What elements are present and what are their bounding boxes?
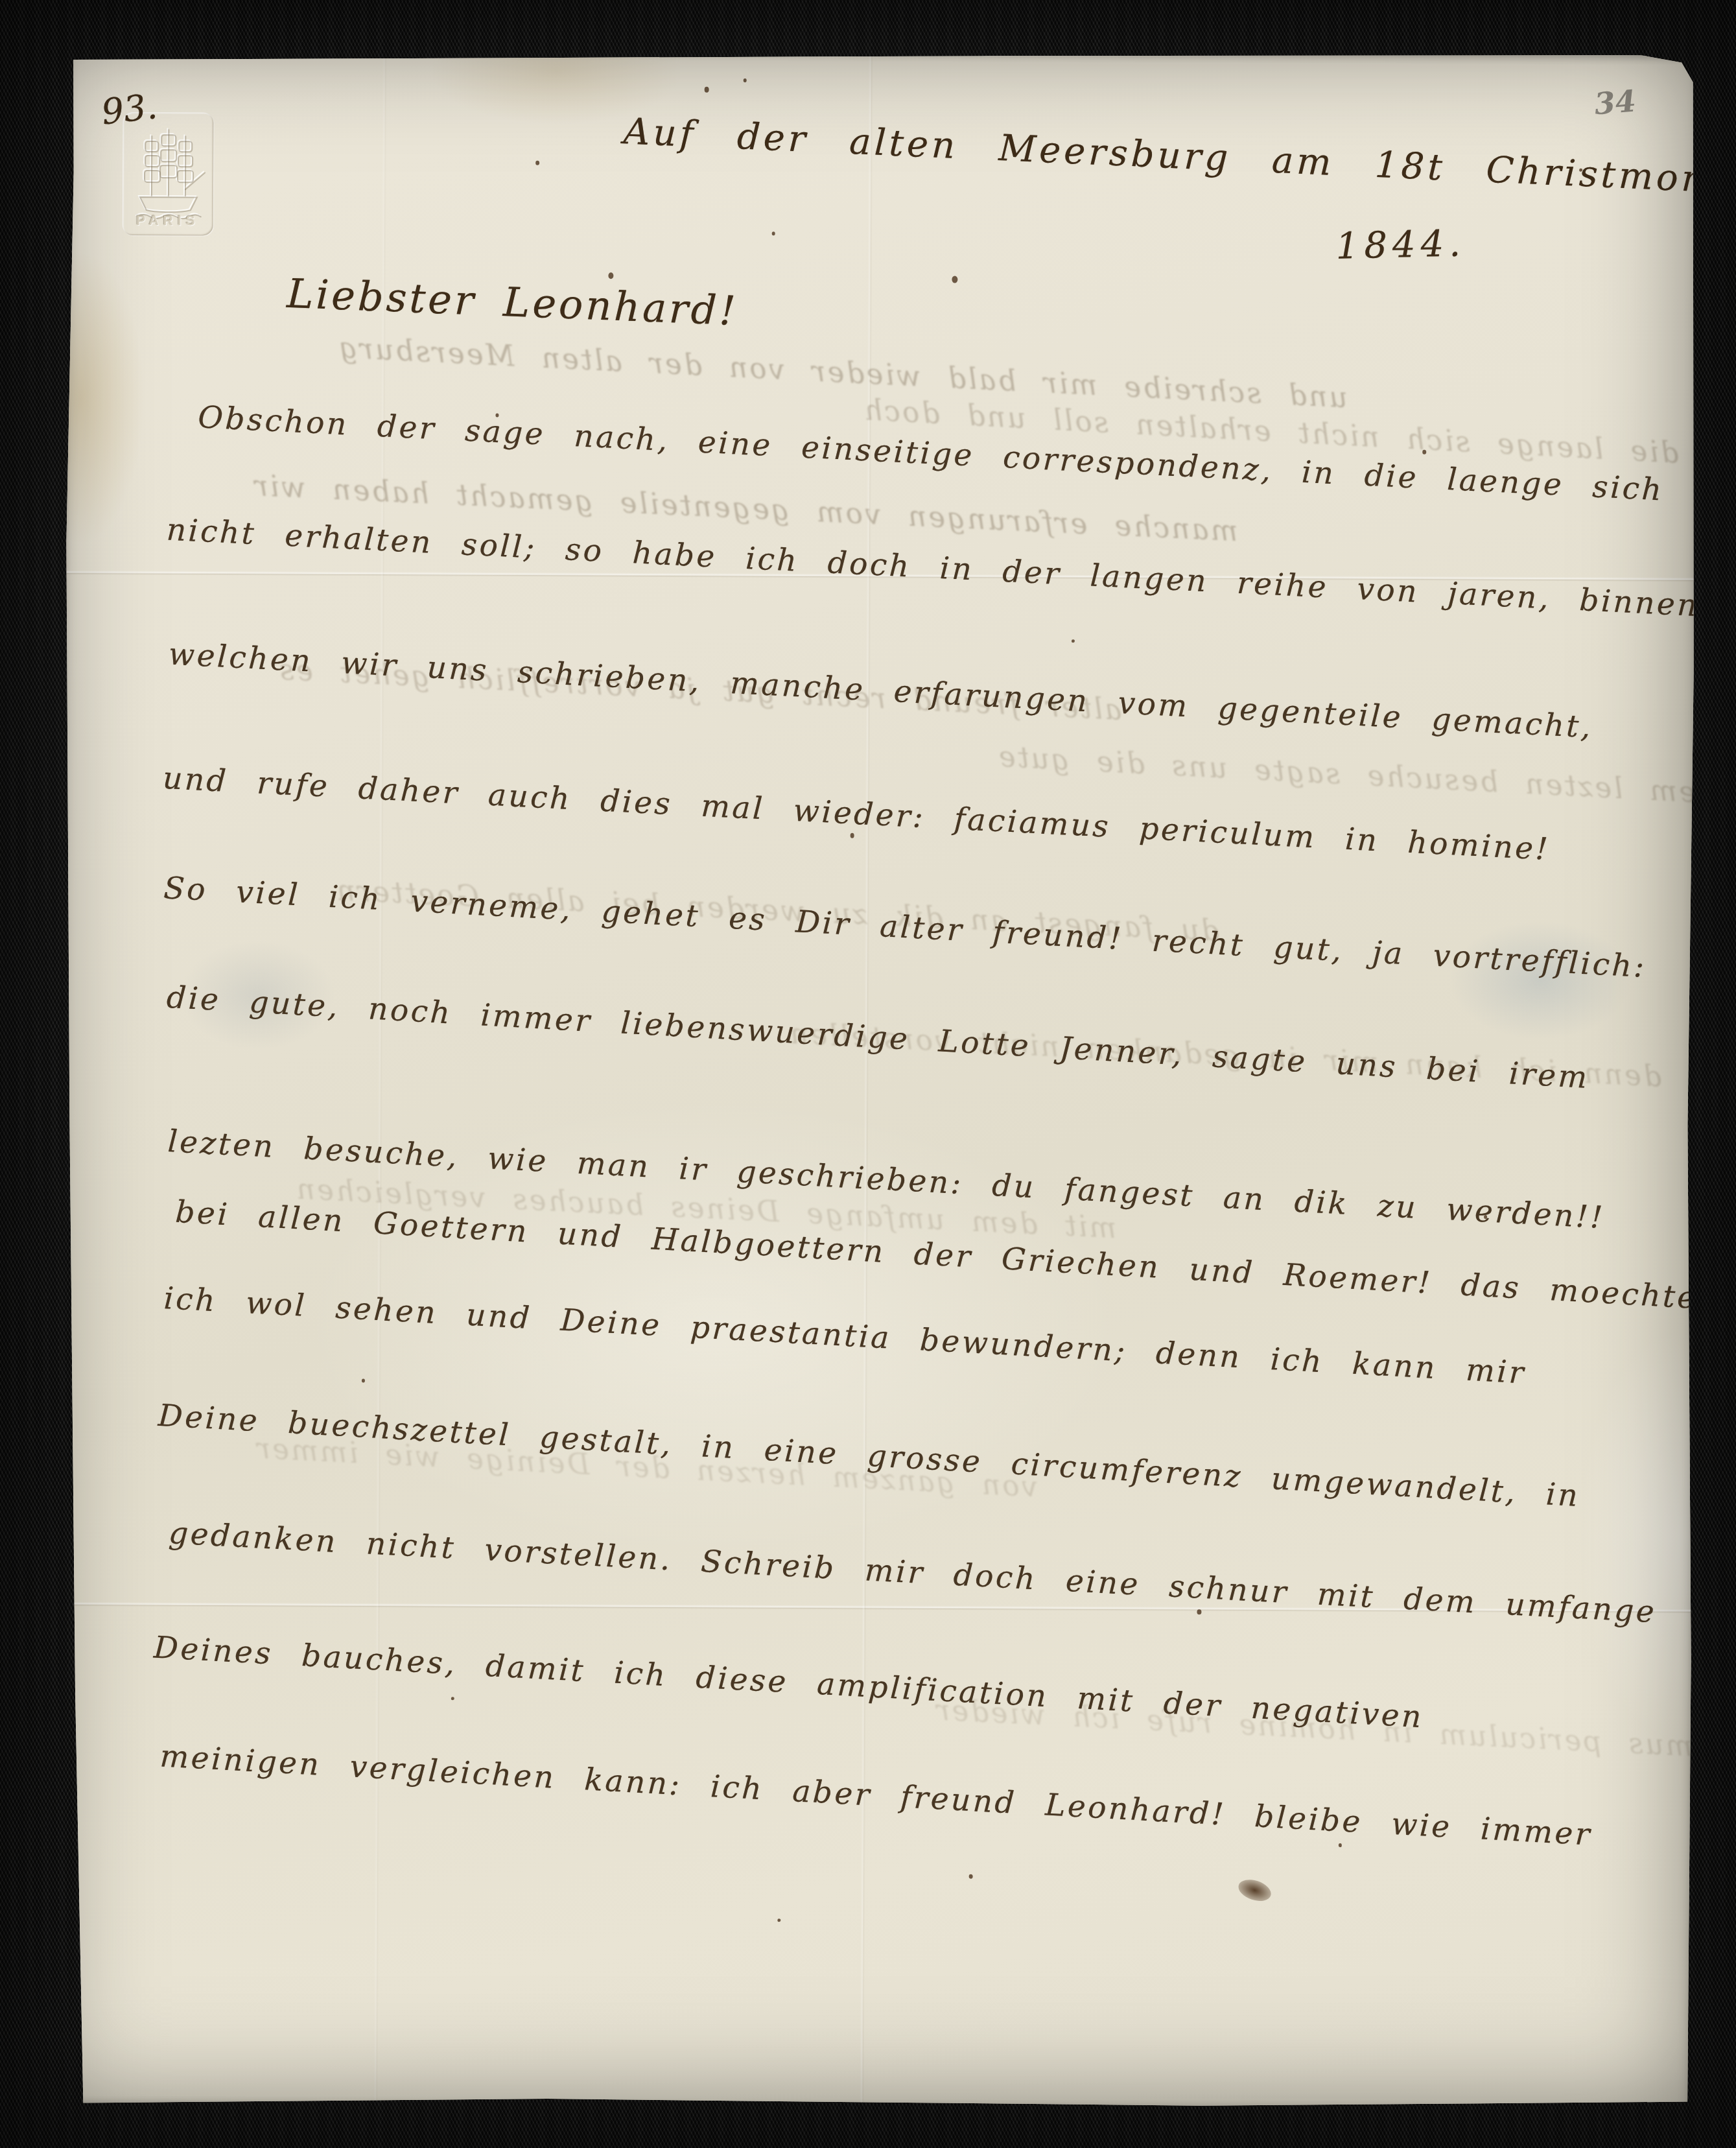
ink-speck (772, 231, 775, 235)
ink-speck (362, 1379, 365, 1383)
folio-number-ink: 93. (99, 86, 159, 133)
letter-line: So viel ich verneme, gehet es Dir alter … (163, 870, 1647, 985)
letter-line: gedanken nicht vorstellen. Schreib mir d… (168, 1515, 1658, 1630)
ink-speck (535, 161, 539, 165)
folio-number-pencil: 34 (1593, 83, 1637, 121)
bleedthrough-line: und schreibe mir bald wieder von der alt… (336, 331, 1348, 414)
ink-speck (1422, 450, 1426, 454)
letter-year: 1844. (1335, 222, 1466, 267)
ink-speck (451, 1697, 454, 1700)
ink-speck (1072, 639, 1075, 643)
ink-speck (608, 272, 613, 279)
letter-line: die gute, noch immer liebenswuerdige Lot… (165, 980, 1590, 1096)
ink-speck (850, 833, 854, 838)
ink-speck (705, 87, 709, 93)
ink-speck (952, 276, 957, 283)
ink-blot (1236, 1876, 1274, 1905)
letter-line: ich wol sehen und Deine praestantia bewu… (163, 1281, 1527, 1391)
letter-salutation: Liebster Leonhard! (286, 270, 739, 335)
ink-speck (1579, 169, 1582, 172)
scanned-letter-photo: und schreibe mir bald wieder von der alt… (0, 0, 1736, 2148)
paris-emboss-label: PARIS (123, 213, 213, 230)
ink-speck (1339, 1843, 1342, 1847)
ink-speck (1197, 1609, 1201, 1614)
letter-line: meinigen vergleichen kann: ich aber freu… (159, 1738, 1593, 1852)
ink-speck (495, 413, 499, 417)
embossed-paper-seal: PARIS (123, 112, 214, 236)
letter-page: und schreibe mir bald wieder von der alt… (57, 49, 1700, 2112)
letter-line: Deines bauches, damit ich diese amplific… (153, 1630, 1424, 1736)
ink-speck (744, 78, 747, 82)
ink-speck (777, 1918, 780, 1922)
bleedthrough-line: bei irem lezten besuche sagte uns die gu… (996, 740, 1736, 815)
ink-speck (1484, 1215, 1487, 1219)
letter-dateline: Auf der alten Meersburg am 18t Christmon… (623, 110, 1736, 204)
ink-speck (969, 1874, 973, 1879)
